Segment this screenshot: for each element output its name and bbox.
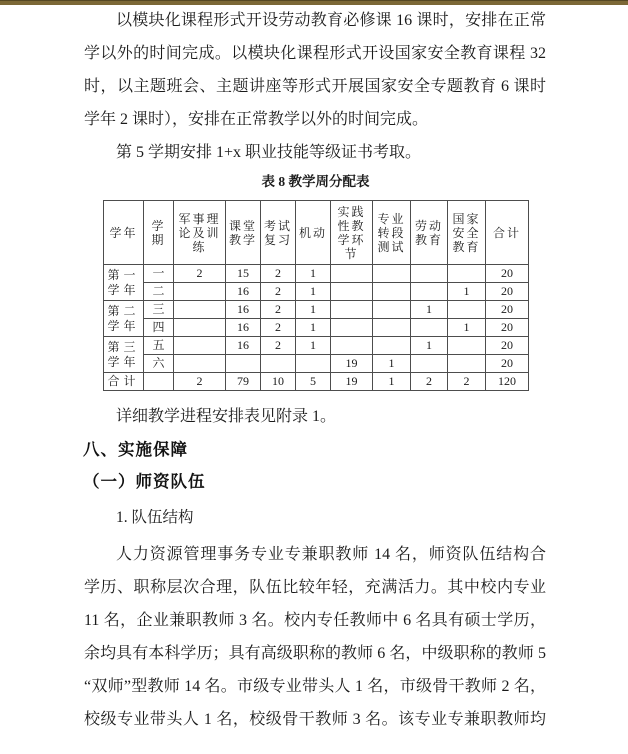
table-cell: 19	[331, 373, 373, 391]
paragraph-line: 人力资源管理事务专业专兼职教师 14 名，师资队伍结构合理，	[84, 538, 546, 571]
table-cell	[144, 373, 174, 391]
table-cell: 5	[296, 373, 331, 391]
body-paragraph: 人力资源管理事务专业专兼职教师 14 名，师资队伍结构合理， 学历、职称层次合理…	[84, 538, 546, 736]
table-cell: 20	[486, 265, 529, 283]
table-cell: 2	[448, 373, 486, 391]
table-cell: 20	[486, 337, 529, 355]
table-cell: 2	[261, 283, 296, 301]
table-cell: 1	[296, 319, 331, 337]
table-row: 四 16 2 1 1 20	[104, 319, 529, 337]
table-cell	[373, 337, 411, 355]
table-row: 第三学年 五 16 2 1 1 20	[104, 337, 529, 355]
table-cell	[448, 337, 486, 355]
table-header-cell: 课堂教学	[226, 201, 261, 265]
table-cell: 15	[226, 265, 261, 283]
table-cell: 1	[411, 301, 448, 319]
table-cell: 1	[296, 283, 331, 301]
table-cell	[174, 337, 226, 355]
table-header-cell: 学期	[144, 201, 174, 265]
table-cell: 2	[261, 337, 296, 355]
table-cell: 20	[486, 283, 529, 301]
paragraph-line: 学以外的时间完成。以模块化课程形式开设国家安全教育课程 32 课	[84, 37, 546, 70]
table-row: 二 16 2 1 1 20	[104, 283, 529, 301]
table-cell	[174, 355, 226, 373]
note-paragraph: 详细教学进程安排表见附录 1。	[84, 400, 546, 433]
table-cell: 2	[261, 265, 296, 283]
table-cell	[331, 319, 373, 337]
table-cell: 2	[174, 265, 226, 283]
table-cell: 1	[373, 355, 411, 373]
table-cell	[174, 319, 226, 337]
table-header-cell: 实践性教学环节	[331, 201, 373, 265]
table-cell-total-label: 合计	[104, 373, 144, 391]
table-total-row: 合计 2 79 10 5 19 1 2 2 120	[104, 373, 529, 391]
table-header-cell: 军事理论及训练	[174, 201, 226, 265]
table-cell: 2	[174, 373, 226, 391]
table-cell	[296, 355, 331, 373]
table-header-row: 学年 学期 军事理论及训练 课堂教学 考试复习 机动 实践性教学环节 专业转段测…	[104, 201, 529, 265]
paragraph-line: “双师”型教师 14 名。市级专业带头人 1 名，市级骨干教师 2 名，	[84, 670, 546, 703]
table-cell: 1	[373, 373, 411, 391]
table-header-cell: 学年	[104, 201, 144, 265]
table-cell-year: 第三学年	[104, 337, 144, 373]
table-cell: 2	[261, 319, 296, 337]
table-cell: 一	[144, 265, 174, 283]
document-page: 以模块化课程形式开设劳动教育必修课 16 课时，安排在正常教 学以外的时间完成。…	[0, 0, 628, 754]
table-cell	[226, 355, 261, 373]
table-cell: 1	[296, 301, 331, 319]
table-cell	[373, 319, 411, 337]
teaching-week-table: 学年 学期 军事理论及训练 课堂教学 考试复习 机动 实践性教学环节 专业转段测…	[103, 200, 529, 391]
table-cell	[331, 283, 373, 301]
table-cell: 20	[486, 301, 529, 319]
table-cell	[411, 283, 448, 301]
table-cell	[411, 265, 448, 283]
table-cell: 10	[261, 373, 296, 391]
table-cell-year: 第二学年	[104, 301, 144, 337]
section-heading: 八、实施保障	[83, 440, 188, 460]
table-header-cell: 国家安全教育	[448, 201, 486, 265]
table-cell: 三	[144, 301, 174, 319]
table-cell: 2	[411, 373, 448, 391]
table-cell-year: 第一学年	[104, 265, 144, 301]
table-cell: 四	[144, 319, 174, 337]
table-cell: 16	[226, 301, 261, 319]
table-cell	[411, 319, 448, 337]
table-cell: 120	[486, 373, 529, 391]
table-cell	[448, 265, 486, 283]
table-cell	[331, 301, 373, 319]
table-header-cell: 合计	[486, 201, 529, 265]
table-cell	[331, 265, 373, 283]
table-cell: 79	[226, 373, 261, 391]
paragraph-line: 时，以主题班会、主题讲座等形式开展国家安全专题教育 6 课时（每	[84, 70, 546, 103]
subsection-heading: （一）师资队伍	[83, 472, 206, 492]
table-cell	[174, 301, 226, 319]
table-cell	[373, 283, 411, 301]
table-cell: 1	[296, 337, 331, 355]
paragraph-line: 第 5 学期安排 1+x 职业技能等级证书考取。	[84, 136, 546, 169]
table-cell: 16	[226, 337, 261, 355]
table-caption: 表 8 教学周分配表	[103, 172, 528, 192]
table-cell: 1	[448, 319, 486, 337]
paragraph-line: 余均具有本科学历；具有高级职称的教师 6 名，中级职称的教师 5 名；	[84, 637, 546, 670]
paragraph-line: 详细教学进程安排表见附录 1。	[84, 400, 546, 433]
table-cell: 2	[261, 301, 296, 319]
table-cell	[331, 337, 373, 355]
table-cell	[261, 355, 296, 373]
table-header-cell: 机动	[296, 201, 331, 265]
table-row: 第一学年 一 2 15 2 1 20	[104, 265, 529, 283]
table-cell	[373, 265, 411, 283]
table-cell: 16	[226, 283, 261, 301]
paragraph-line: 以模块化课程形式开设劳动教育必修课 16 课时，安排在正常教	[84, 4, 546, 37]
table-cell: 20	[486, 355, 529, 373]
paragraph-line: 学年 2 课时），安排在正常教学以外的时间完成。	[84, 103, 546, 136]
paragraph-line: 学历、职称层次合理，队伍比较年轻，充满活力。其中校内专业教师	[84, 571, 546, 604]
paragraph-line: 11 名，企业兼职教师 3 名。校内专任教师中 6 名具有硕士学历，其	[84, 604, 546, 637]
table-cell: 二	[144, 283, 174, 301]
item-heading: 1. 队伍结构	[116, 508, 194, 528]
table-cell: 1	[448, 283, 486, 301]
table-cell: 五	[144, 337, 174, 355]
table-cell: 1	[296, 265, 331, 283]
table-cell	[448, 355, 486, 373]
table-header-cell: 劳动教育	[411, 201, 448, 265]
table-header-cell: 专业转段测试	[373, 201, 411, 265]
table-cell: 六	[144, 355, 174, 373]
table-header-cell: 考试复习	[261, 201, 296, 265]
table-cell: 1	[411, 337, 448, 355]
table-cell: 16	[226, 319, 261, 337]
table-row: 第二学年 三 16 2 1 1 20	[104, 301, 529, 319]
table-cell: 20	[486, 319, 529, 337]
paragraph-line: 校级专业带头人 1 名，校级骨干教师 3 名。该专业专兼职教师均具有	[84, 703, 546, 736]
table-cell	[174, 283, 226, 301]
table-cell	[448, 301, 486, 319]
table-cell	[411, 355, 448, 373]
table-cell	[373, 301, 411, 319]
intro-paragraphs: 以模块化课程形式开设劳动教育必修课 16 课时，安排在正常教 学以外的时间完成。…	[84, 4, 546, 169]
table-row: 六 19 1 20	[104, 355, 529, 373]
table-cell: 19	[331, 355, 373, 373]
